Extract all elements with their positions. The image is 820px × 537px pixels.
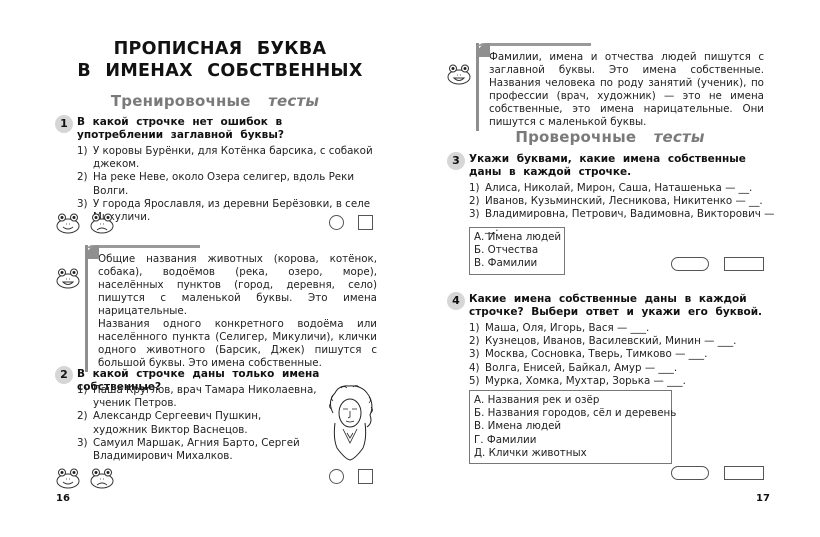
option-number: 4): [469, 362, 480, 375]
question-number-badge: 1: [55, 115, 73, 133]
option-number: 3): [469, 348, 480, 361]
answer-key-item: А. Названия рек и озёр: [474, 394, 667, 407]
happy-frog-icon[interactable]: [55, 467, 81, 489]
option-number: 3): [469, 208, 480, 221]
answer-key-item: Г. Фамилии: [474, 434, 667, 447]
page-number: 16: [56, 493, 70, 504]
option-text: Алиса, Николай, Мирон, Саша, Наташенька …: [485, 182, 752, 194]
option-text: Мурка, Хомка, Мухтар, Зорька — ___.: [485, 375, 686, 387]
question-1-text: В какой строчке нет ошибок в употреблени…: [77, 116, 375, 142]
circle-self-check[interactable]: [329, 215, 344, 230]
option-text: Александр Сергеевич Пушкин, художник Вик…: [93, 410, 261, 435]
option-item[interactable]: 4)Волга, Енисей, Байкал, Амур — ___.: [469, 362, 789, 375]
title-line-2: В ИМЕНАХ СОБСТВЕННЫХ: [60, 60, 380, 82]
option-text: Иванов, Кузьминский, Лесникова, Никитенк…: [485, 195, 763, 207]
option-number: 2): [77, 171, 88, 184]
option-item[interactable]: 1)У коровы Бурёнки, для Котёнка барсика,…: [77, 145, 375, 171]
option-text: Москва, Сосновка, Тверь, Тимково — ___.: [485, 348, 707, 360]
right-page: Фамилии, имена и отчества людей пишутся …: [410, 0, 820, 537]
option-number: 1): [469, 322, 480, 335]
question-number-badge: 2: [55, 366, 73, 384]
question-4-options: 1)Маша, Оля, Игорь, Вася — ___. 2)Кузнец…: [469, 322, 789, 388]
option-item[interactable]: 2)На реке Неве, около Озера селигер, вдо…: [77, 171, 375, 197]
section-heading-check: Проверочные тесты: [480, 128, 740, 146]
option-number: 2): [469, 195, 480, 208]
question-4-text: Какие имена собственные даны в каждой ст…: [469, 293, 767, 319]
section-heading-training: Тренировочные тесты: [90, 92, 340, 110]
option-number: 1): [77, 384, 88, 397]
answer-key-box: А. Названия рек и озёр Б. Названия город…: [469, 390, 672, 464]
sad-frog-icon[interactable]: [89, 212, 115, 234]
option-item[interactable]: 1)Паша Круглов, врач Тамара Николаевна, …: [77, 384, 319, 410]
option-text: Самуил Маршак, Агния Барто, Сергей Влади…: [93, 437, 300, 462]
question-2-options: 1)Паша Круглов, врач Тамара Николаевна, …: [77, 384, 319, 463]
question-number-badge: 3: [447, 152, 465, 170]
option-item[interactable]: 1)Маша, Оля, Игорь, Вася — ___.: [469, 322, 789, 335]
talking-frog-icon: [55, 267, 81, 289]
section-heading-word2: тесты: [268, 92, 319, 110]
option-number: 3): [77, 198, 88, 211]
answer-key-item: Д. Клички животных: [474, 447, 667, 460]
section-heading-word1: Проверочные: [515, 128, 636, 146]
option-text: У коровы Бурёнки, для Котёнка барсика, с…: [93, 145, 373, 170]
option-number: 2): [469, 335, 480, 348]
answer-key-item: В. Имена людей: [474, 420, 667, 433]
answer-key-item: В. Фамилии: [474, 257, 560, 270]
square-self-check[interactable]: [358, 469, 373, 484]
option-text: Маша, Оля, Игорь, Вася — ___.: [485, 322, 649, 334]
option-text: Волга, Енисей, Байкал, Амур — ___.: [485, 362, 677, 374]
option-number: 2): [77, 410, 88, 423]
option-number: 1): [469, 182, 480, 195]
answer-key-box: А. Имена людей Б. Отчества В. Фамилии: [469, 227, 565, 275]
option-number: 3): [77, 437, 88, 450]
talking-frog-icon: [446, 63, 472, 85]
rect-self-check[interactable]: [724, 466, 764, 480]
title-line-1: ПРОПИСНАЯ БУКВА: [60, 38, 380, 60]
rule-note: Фамилии, имена и отчества людей пишутся …: [476, 43, 764, 131]
rule-paragraph: Фамилии, имена и отчества людей пишутся …: [489, 51, 764, 129]
question-3-text: Укажи буквами, какие имена собственные д…: [469, 153, 767, 179]
rule-paragraph-1: Общие названия животных (корова, котёнок…: [98, 253, 377, 318]
left-page: ПРОПИСНАЯ БУКВА В ИМЕНАХ СОБСТВЕННЫХ Тре…: [0, 0, 410, 537]
option-item[interactable]: 3)Самуил Маршак, Агния Барто, Сергей Вла…: [77, 437, 319, 463]
option-number: 1): [77, 145, 88, 158]
option-item[interactable]: 2)Иванов, Кузьминский, Лесникова, Никите…: [469, 195, 789, 208]
answer-key-item: Б. Отчества: [474, 244, 560, 257]
option-item[interactable]: 1)Алиса, Николай, Мирон, Саша, Наташеньк…: [469, 182, 789, 195]
option-item[interactable]: 5)Мурка, Хомка, Мухтар, Зорька — ___.: [469, 375, 789, 388]
option-text: Паша Круглов, врач Тамара Николаевна, уч…: [93, 384, 317, 409]
question-number-badge: 4: [447, 292, 465, 310]
option-text: Кузнецов, Иванов, Василевский, Минин — _…: [485, 335, 736, 347]
option-item[interactable]: 3)Москва, Сосновка, Тверь, Тимково — ___…: [469, 348, 789, 361]
oval-self-check[interactable]: [671, 257, 709, 271]
happy-frog-icon[interactable]: [55, 212, 81, 234]
section-heading-word2: тесты: [654, 128, 705, 146]
option-item[interactable]: 2)Александр Сергеевич Пушкин, художник В…: [77, 410, 319, 436]
section-heading-word1: Тренировочные: [111, 92, 251, 110]
option-item[interactable]: 2)Кузнецов, Иванов, Василевский, Минин —…: [469, 335, 789, 348]
answer-key-item: А. Имена людей: [474, 231, 560, 244]
oval-self-check[interactable]: [671, 466, 709, 480]
option-number: 5): [469, 375, 480, 388]
circle-self-check[interactable]: [329, 469, 344, 484]
sad-frog-icon[interactable]: [89, 467, 115, 489]
question-1-options: 1)У коровы Бурёнки, для Котёнка барсика,…: [77, 145, 375, 224]
page-title: ПРОПИСНАЯ БУКВА В ИМЕНАХ СОБСТВЕННЫХ: [60, 38, 380, 82]
rule-note: Общие названия животных (корова, котёнок…: [85, 245, 377, 372]
answer-key-item: Б. Названия городов, сёл и деревень: [474, 407, 667, 420]
pushkin-portrait: [325, 383, 375, 461]
option-text: На реке Неве, около Озера селигер, вдоль…: [93, 171, 354, 196]
rule-paragraph-2: Названия одного конкретного водоёма или …: [98, 318, 377, 370]
rect-self-check[interactable]: [724, 257, 764, 271]
page-number: 17: [756, 493, 770, 504]
square-self-check[interactable]: [358, 215, 373, 230]
